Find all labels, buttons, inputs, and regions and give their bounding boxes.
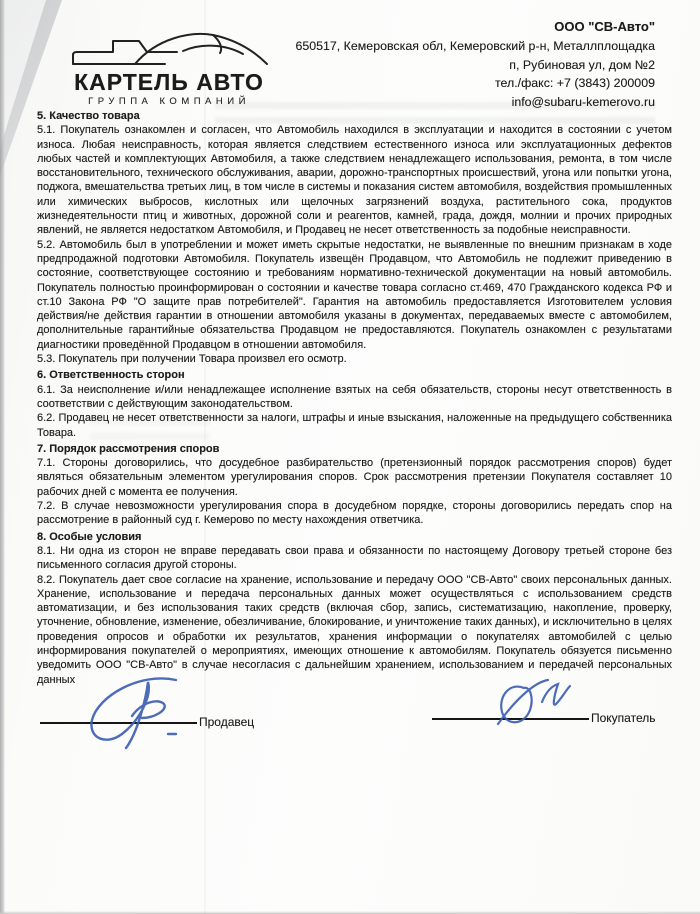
buyer-label: Покупатель xyxy=(591,711,655,725)
buyer-signature-ink xyxy=(484,676,594,738)
section-5-quality: 5. Качество товара 5.1. Покупатель ознак… xyxy=(37,109,672,366)
seller-signature-block: Продавец xyxy=(40,710,254,724)
clause-8-1: 8.1. Ни одна из сторон не вправе передав… xyxy=(37,544,672,573)
seller-signature-line xyxy=(40,722,197,724)
section-heading: 5. Качество товара xyxy=(37,109,672,123)
section-6-liability: 6. Ответственность сторон 6.1. За неиспо… xyxy=(37,368,672,439)
buyer-signature-line xyxy=(432,718,589,720)
section-heading: 8. Особые условия xyxy=(37,530,672,544)
letterhead-contact-block: ООО "СВ-Авто" 650517, Кемеровская обл, К… xyxy=(295,18,655,112)
company-name: ООО "СВ-Авто" xyxy=(295,18,655,37)
seller-label: Продавец xyxy=(199,715,254,729)
scanned-page: КАРТЕЛЬ АВТО ГРУППА КОМПАНИЙ ООО "СВ-Авт… xyxy=(0,0,700,914)
contract-body: 5. Качество товара 5.1. Покупатель ознак… xyxy=(37,107,672,687)
buyer-signature-block: Покупатель xyxy=(432,706,655,720)
seller-signature-ink xyxy=(80,672,230,754)
section-8-special-terms: 8. Особые условия 8.1. Ни одна из сторон… xyxy=(37,530,672,687)
clause-5-2: 5.2. Автомобиль был в употреблении и мож… xyxy=(37,238,672,352)
car-silhouettes-icon xyxy=(65,24,273,70)
signature-row: Продавец Покупатель xyxy=(40,682,672,762)
company-phone: тел./факс: +7 (3843) 200009 xyxy=(295,74,655,93)
section-7-disputes: 7. Порядок рассмотрения споров 7.1. Стор… xyxy=(37,442,672,528)
logo-title: КАРТЕЛЬ АВТО xyxy=(56,70,282,94)
clause-5-3: 5.3. Покупатель при получении Товара про… xyxy=(37,352,672,366)
clause-7-1: 7.1. Стороны договорились, что досудебно… xyxy=(37,456,672,499)
clause-5-1: 5.1. Покупатель ознакомлен и согласен, ч… xyxy=(37,123,672,237)
logo-subtitle: ГРУППА КОМПАНИЙ xyxy=(56,96,282,107)
company-address-line2: п, Рубиновая ул, дом №2 xyxy=(295,56,655,75)
clause-6-2: 6.2. Продавец не несет ответственности з… xyxy=(37,411,672,440)
clause-8-2: 8.2. Покупатель дает свое согласие на хр… xyxy=(37,573,672,687)
section-heading: 6. Ответственность сторон xyxy=(37,368,672,382)
section-heading: 7. Порядок рассмотрения споров xyxy=(37,442,672,456)
clause-7-2: 7.2. В случае невозможности урегулирован… xyxy=(37,499,672,528)
company-logo: КАРТЕЛЬ АВТО ГРУППА КОМПАНИЙ xyxy=(56,24,282,107)
clause-6-1: 6.1. За неисполнение и/или ненадлежащее … xyxy=(37,383,672,412)
company-address-line1: 650517, Кемеровская обл, Кемеровский р-н… xyxy=(295,37,655,56)
scanner-edge-left xyxy=(0,0,5,914)
